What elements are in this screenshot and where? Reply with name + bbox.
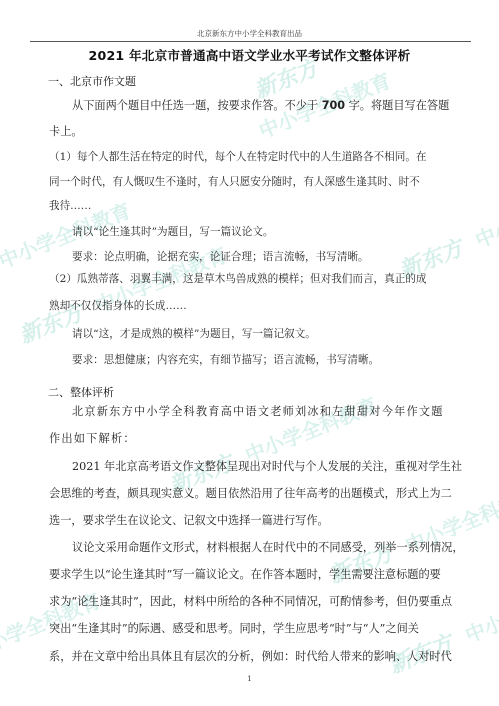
header-divider [30,41,471,42]
analysis-p2-line-3: 选一，要求学生在议论文、记叙文中选择一篇进行写作。 [49,514,329,528]
q1-requirement: 要求：论点明确，论据充实，论证合理；语言流畅，书写清晰。 [72,250,369,264]
q1-line-3: 我待…… [49,199,91,213]
analysis-p3-line-4: 突出“生逢其时”的际遇、感受和思考。同时，学生应思考“时”与“人”之间关 [49,622,419,636]
section-heading-2: 二、整体评析 [48,384,114,400]
q2-line-1: （2）瓜熟蒂落、羽翼丰满，这是草木鸟兽成熟的模样；但对我们而言，真正的成 [49,272,427,286]
watermark-text: 中小学全科教育 [242,393,381,468]
page-number: 1 [0,675,499,683]
section-heading-1: 一、北京市作文题 [48,73,136,89]
analysis-p3-line-1: 议论文采用命题作文形式，材料根据人在时代中的不同感受，列举一系列情况， [72,541,464,555]
watermark-text: 中小学全科教育 [462,573,499,648]
analysis-p1-line-1: 北京新东方中小学全科教育高中语文老师刘冰和左甜甜对今年作文题 [72,405,444,419]
q1-line-2: 同一个时代，有人慨叹生不逢时，有人只愿安分随时，有人深感生逢其时、时不 [49,175,420,189]
intro-line-1: 从下面两个题目中任选一题，按要求作答。不少于 700 字。将题目写在答题 [72,99,449,113]
analysis-p3-line-5: 系，并在文章中给出具体且有层次的分析，例如：时代给人带来的影响、人对时代 [49,650,452,664]
document-title: 2021 年北京市普通高中语文学业水平考试作文整体评析 [0,45,499,64]
watermark-text: 中小学全科教育 [472,178,499,253]
intro-text: 字。将题目写在答题 [345,99,449,112]
analysis-p3-line-3: 求为“论生逢其时”，因此，材料中所给的各种不同情况，可酌情参考，但仍要重点 [49,595,452,609]
q2-line-2: 熟却不仅仅指身体的长成…… [49,299,187,313]
q2-prompt: 请以“这，才是成熟的模样”为题目，写一篇记叙文。 [72,327,316,341]
analysis-p3-line-2: 要求学生以“论生逢其时”写一篇议论文。在作答本题时，学生需要注意标题的要 [49,568,441,582]
analysis-p2-line-1: 2021 年北京高考语文作文整体呈现出对时代与个人发展的关注，重视对学生社 [72,460,462,474]
q1-line-1: （1）每个人都生活在特定的时代，每个人在特定时代中的人生道路各不相同。在 [49,150,427,164]
q1-prompt: 请以“论生逢其时”为题目，写一篇议论文。 [72,225,274,239]
word-count: 700 [322,99,345,112]
watermark: 新东方 中小学全科教育 [394,173,499,285]
intro-line-2: 卡上。 [49,125,83,139]
analysis-p2-line-2: 会思维的考查，颇具现实意义。题目依然沿用了往年高考的出题模式，形式上为二 [49,487,452,501]
q2-requirement: 要求：思想健康；内容充实，有细节描写；语言流畅，书写清晰。 [72,353,379,367]
intro-text: 从下面两个题目中任选一题，按要求作答。不少于 [72,99,322,112]
page-header: 北京新东方中小学全科教育出品 [0,28,499,39]
analysis-p1-line-2: 作出如下解析： [49,432,136,446]
